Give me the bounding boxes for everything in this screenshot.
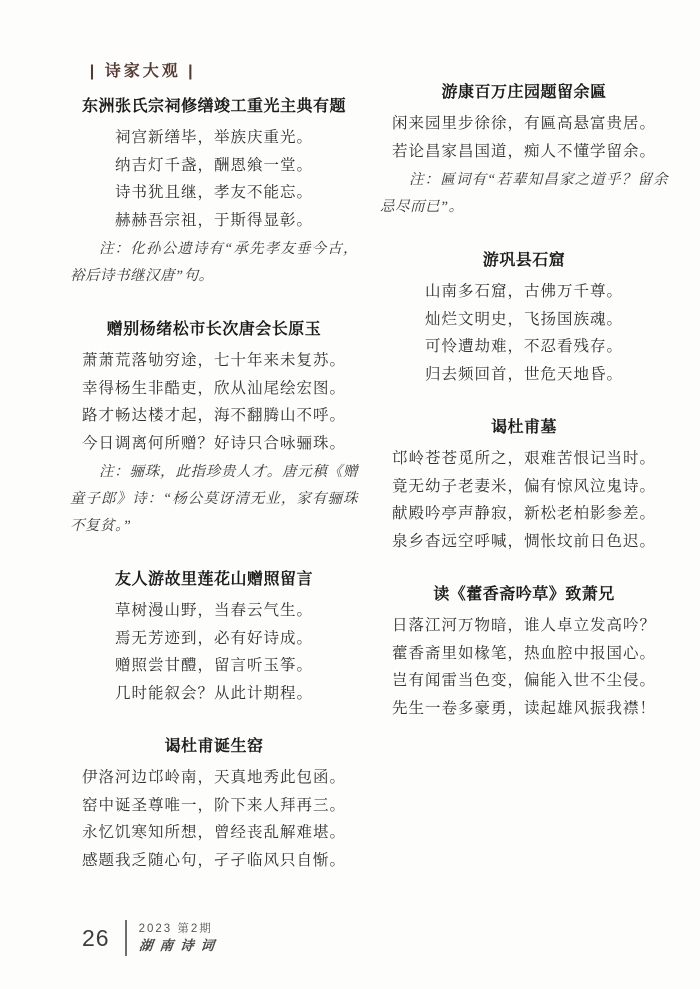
left-column: 东洲张氏宗祠修缮竣工重光主典有题祠宫新缮毕，举族庆重光。纳吉灯千盏，酬恩飨一堂。… (70, 92, 358, 899)
poem-line: 萧萧荒落劬穷途，七十年来未复苏。 (70, 347, 358, 375)
poem-line: 赫赫吾宗祖，于斯得显彰。 (70, 207, 358, 235)
poem: 谒杜甫墓邙岭苍苍觅所之，艰难苦恨记当时。竟无幼子老妻米，偏有惊风泣鬼诗。献殿吟亭… (380, 413, 668, 555)
poem-line: 山南多石窟，古佛万千尊。 (380, 278, 668, 306)
footer-divider (125, 920, 127, 956)
poem-line: 纳吉灯千盏，酬恩飨一堂。 (70, 152, 358, 180)
poem: 赠别杨绪松市长次唐会长原玉萧萧荒落劬穷途，七十年来未复苏。幸得杨生非酷吏，欣从汕… (70, 315, 358, 540)
poem-title: 东洲张氏宗祠修缮竣工重光主典有题 (70, 92, 358, 122)
poem-title: 读《藿香斋吟草》致萧兄 (380, 580, 668, 610)
poem-line: 邙岭苍苍觅所之，艰难苦恨记当时。 (380, 445, 668, 473)
poem-line: 路才畅达楼才起，海不翻腾山不呼。 (70, 402, 358, 430)
poem-line: 若论昌家昌国道，痴人不懂学留余。 (380, 138, 668, 166)
poem-note: 注：化孙公遗诗有“承先孝友垂今古，裕后诗书继汉唐”句。 (70, 236, 358, 290)
poem-title: 友人游故里莲花山赠照留言 (70, 565, 358, 595)
section-header: | 诗家大观 | (60, 40, 196, 99)
poem-title: 赠别杨绪松市长次唐会长原玉 (70, 315, 358, 345)
section-header-label: | 诗家大观 | (90, 63, 196, 80)
footer-issue-block: 2023 第2期 湖南诗词 (139, 922, 221, 955)
poem-note: 注：骊珠，此指珍贵人才。唐元稹《赠童子郎》诗：“杨公莫讶清无业，家有骊珠不复贫。… (70, 459, 358, 540)
page-footer: 26 2023 第2期 湖南诗词 (82, 920, 221, 956)
poem: 游巩县石窟山南多石窟，古佛万千尊。灿烂文明史，飞扬国族魂。可怜遭劫难，不忍看残存… (380, 246, 668, 388)
poem: 友人游故里莲花山赠照留言草树漫山野，当春云气生。焉无芳迹到，必有好诗成。赠照尝甘… (70, 565, 358, 707)
poem-line: 日落江河万物暗，谁人卓立发高吟？ (380, 612, 668, 640)
poem-line: 祠宫新缮毕，举族庆重光。 (70, 124, 358, 152)
poem-line: 竟无幼子老妻米，偏有惊风泣鬼诗。 (380, 473, 668, 501)
poem-line: 泉乡杳远空呼喊，惆怅坟前日色迟。 (380, 528, 668, 556)
poem-line: 伊洛河边邙岭南，天真地秀此包函。 (70, 764, 358, 792)
poem-line: 草树漫山野，当春云气生。 (70, 597, 358, 625)
journal-name: 湖南诗词 (138, 937, 222, 955)
poem: 谒杜甫诞生窑伊洛河边邙岭南，天真地秀此包函。窑中诞圣尊唯一，阶下来人拜再三。永忆… (70, 732, 358, 874)
poem: 东洲张氏宗祠修缮竣工重光主典有题祠宫新缮毕，举族庆重光。纳吉灯千盏，酬恩飨一堂。… (70, 92, 358, 290)
poem-line: 幸得杨生非酷吏，欣从汕尾绘宏图。 (70, 375, 358, 403)
poem-line: 几时能叙会？从此计期程。 (70, 680, 358, 708)
poem-line: 窑中诞圣尊唯一，阶下来人拜再三。 (70, 792, 358, 820)
poem: 游康百万庄园题留余匾闲来园里步徐徐，有匾高悬富贵居。若论昌家昌国道，痴人不懂学留… (380, 78, 668, 221)
poem: 读《藿香斋吟草》致萧兄日落江河万物暗，谁人卓立发高吟？藿香斋里如椽笔，热血腔中报… (380, 580, 668, 722)
poem-line: 闲来园里步徐徐，有匾高悬富贵居。 (380, 110, 668, 138)
poem-line: 献殿吟亭声静寂，新松老柏影参差。 (380, 500, 668, 528)
poem-line: 藿香斋里如椽笔，热血腔中报国心。 (380, 640, 668, 668)
poem-line: 归去频回首，世危天地昏。 (380, 361, 668, 389)
poem-note: 注：匾词有“若辈知昌家之道乎？留余忌尽而已”。 (380, 167, 668, 221)
poem-line: 诗书犹且继，孝友不能忘。 (70, 179, 358, 207)
poem-title: 游巩县石窟 (380, 246, 668, 276)
poem-line: 可怜遭劫难，不忍看残存。 (380, 333, 668, 361)
poem-line: 永忆饥寒知所想，曾经丧乱解难堪。 (70, 819, 358, 847)
issue-info: 2023 第2期 (139, 922, 221, 937)
poem-title: 游康百万庄园题留余匾 (380, 78, 668, 108)
poem-line: 先生一卷多豪勇，读起雄风振我襟！ (380, 695, 668, 723)
poem-line: 今日调离何所赠？好诗只合咏骊珠。 (70, 430, 358, 458)
poem-line: 岂有闻雷当色变，偏能入世不尘侵。 (380, 667, 668, 695)
poem-title: 谒杜甫诞生窑 (70, 732, 358, 762)
poem-line: 赠照尝甘醴，留言听玉筝。 (70, 652, 358, 680)
poem-title: 谒杜甫墓 (380, 413, 668, 443)
page-number: 26 (82, 925, 110, 952)
poem-line: 焉无芳迹到，必有好诗成。 (70, 625, 358, 653)
poem-line: 灿烂文明史，飞扬国族魂。 (380, 306, 668, 334)
poem-line: 感题我乏随心句，孑孑临风只自惭。 (70, 847, 358, 875)
right-column: 游康百万庄园题留余匾闲来园里步徐徐，有匾高悬富贵居。若论昌家昌国道，痴人不懂学留… (380, 78, 668, 747)
magazine-page: | 诗家大观 | 东洲张氏宗祠修缮竣工重光主典有题祠宫新缮毕，举族庆重光。纳吉灯… (0, 0, 700, 989)
